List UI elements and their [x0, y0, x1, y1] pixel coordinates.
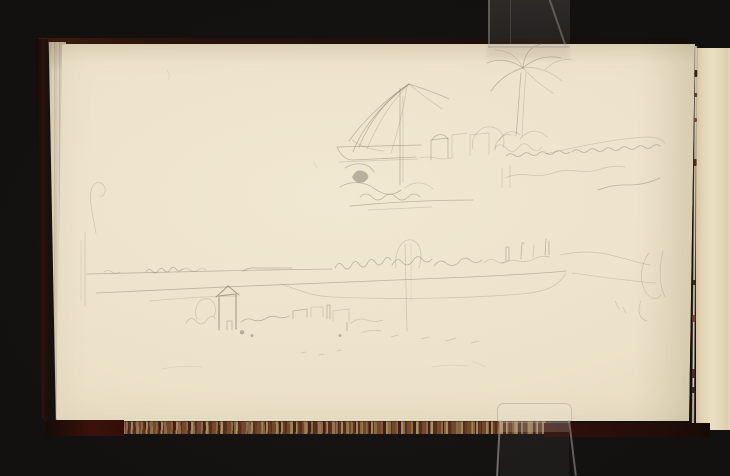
stitch-speck — [693, 280, 696, 285]
bottom-clear-strap — [496, 420, 578, 476]
right-page-strip — [696, 48, 730, 430]
book-cover-left-edge — [36, 39, 48, 425]
strap-gleam — [510, 0, 511, 44]
strap-edge — [568, 420, 577, 476]
sketchbook-page — [56, 44, 695, 421]
stitch-speck — [692, 369, 695, 378]
sketchbook-photo — [0, 0, 730, 476]
top-strap-sheen — [487, 46, 569, 59]
stitch-speck — [694, 159, 697, 166]
strap-edge — [548, 0, 567, 47]
stitch-speck — [692, 315, 695, 322]
stitch-speck — [694, 93, 697, 97]
stitch-speck — [692, 387, 695, 393]
strap-over-marble — [500, 421, 569, 432]
marbled-fore-edge — [122, 421, 546, 434]
stitch-speck — [694, 70, 697, 77]
top-clear-strap — [488, 0, 570, 48]
book-cover-bottom-left — [46, 420, 124, 436]
stitch-speck — [694, 118, 697, 122]
